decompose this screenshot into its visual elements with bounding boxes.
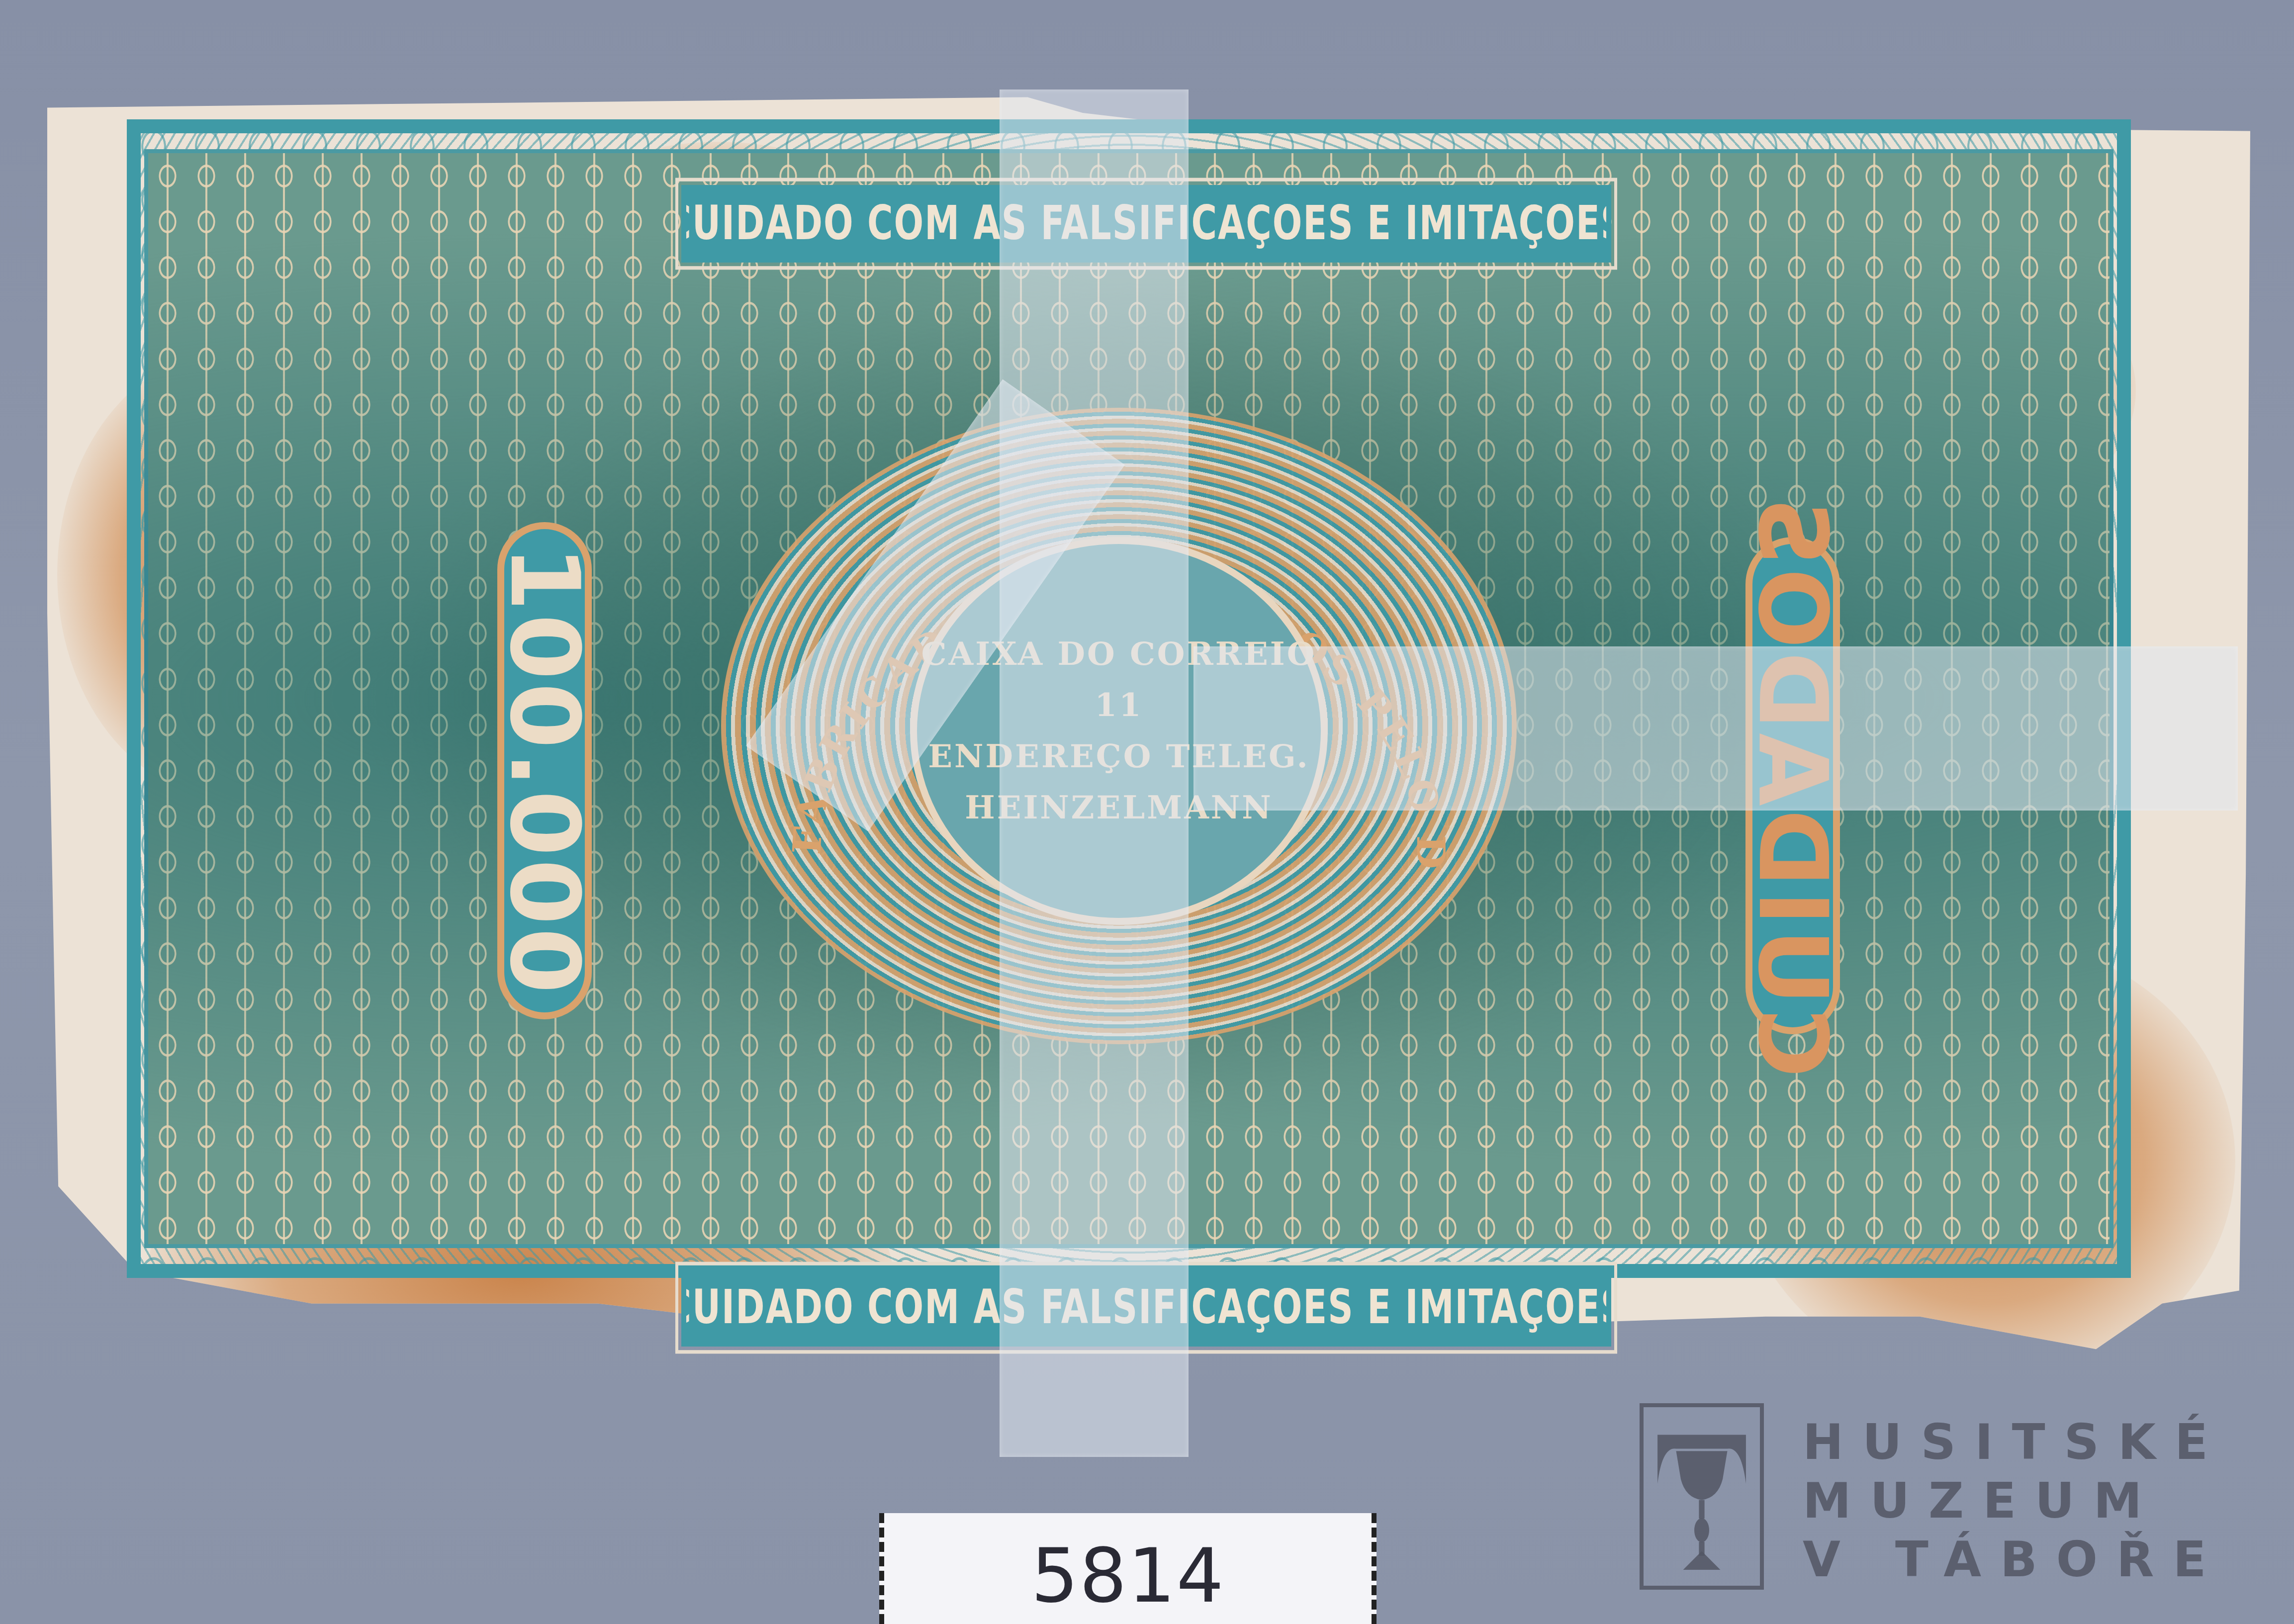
logo-frame: [1640, 1403, 1764, 1590]
museum-name-line: V TÁBOŘE: [1803, 1531, 2227, 1589]
inventory-number: 5814: [1031, 1533, 1225, 1620]
inventory-label: 5814: [879, 1513, 1376, 1624]
museum-watermark: HUSITSKÉ MUZEUM V TÁBOŘE: [1624, 1403, 2270, 1602]
left-value: 100.000: [490, 545, 600, 996]
left-value-cartouche: 100.000: [497, 522, 592, 1019]
museum-name-line: MUZEUM: [1803, 1472, 2227, 1531]
chalice-icon: [1644, 1407, 1760, 1586]
repair-tape-vertical: [1000, 90, 1189, 1457]
museum-name: HUSITSKÉ MUZEUM V TÁBOŘE: [1803, 1413, 2227, 1589]
repair-tape-horizontal: [1193, 646, 2238, 811]
museum-name-line: HUSITSKÉ: [1803, 1413, 2227, 1472]
